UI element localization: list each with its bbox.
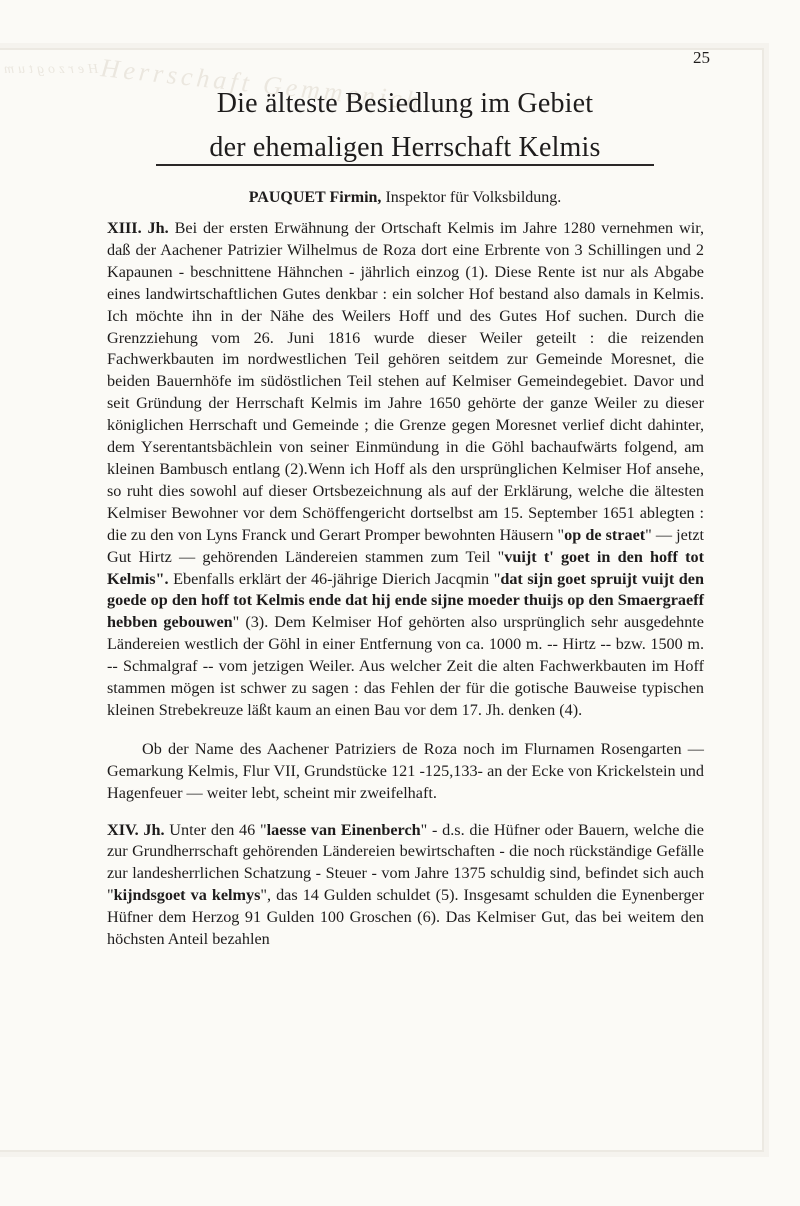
paragraph: XIV. Jh. Unter den 46 "laesse van Einenb… (107, 820, 704, 951)
author-name: PAUQUET Firmin, (249, 189, 382, 206)
background-map-label: Herzogtum (0, 62, 98, 78)
quoted-source-text: op de straet (564, 526, 645, 544)
century-heading: XIII. Jh. (107, 219, 169, 237)
body-text: Bei der ersten Erwähnung der Ortschaft K… (107, 219, 704, 544)
article-body: XIII. Jh. Bei der ersten Erwähnung der O… (107, 218, 704, 951)
quoted-source-text: laesse van Einenberch (267, 821, 421, 839)
paragraph: Ob der Name des Aachener Patriziers de R… (107, 739, 704, 805)
author-byline: PAUQUET Firmin, Inspektor für Volksbildu… (100, 189, 710, 207)
body-text: Ebenfalls erklärt der 46-jährige Dierich… (169, 570, 501, 588)
author-role: Inspektor für Volksbildung. (381, 189, 561, 206)
quoted-source-text: kijndsgoet va kelmys (114, 886, 261, 904)
body-text: Unter den 46 " (165, 821, 267, 839)
title-underline (156, 164, 654, 166)
body-text: Ob der Name des Aachener Patriziers de R… (107, 740, 704, 802)
century-heading: XIV. Jh. (107, 821, 165, 839)
title-line: Die älteste Besiedlung im Gebiet (100, 82, 710, 126)
paragraph: XIII. Jh. Bei der ersten Erwähnung der O… (107, 218, 704, 722)
page-number: 25 (680, 48, 710, 68)
article-title: Die älteste Besiedlung im Gebiet der ehe… (100, 82, 710, 170)
